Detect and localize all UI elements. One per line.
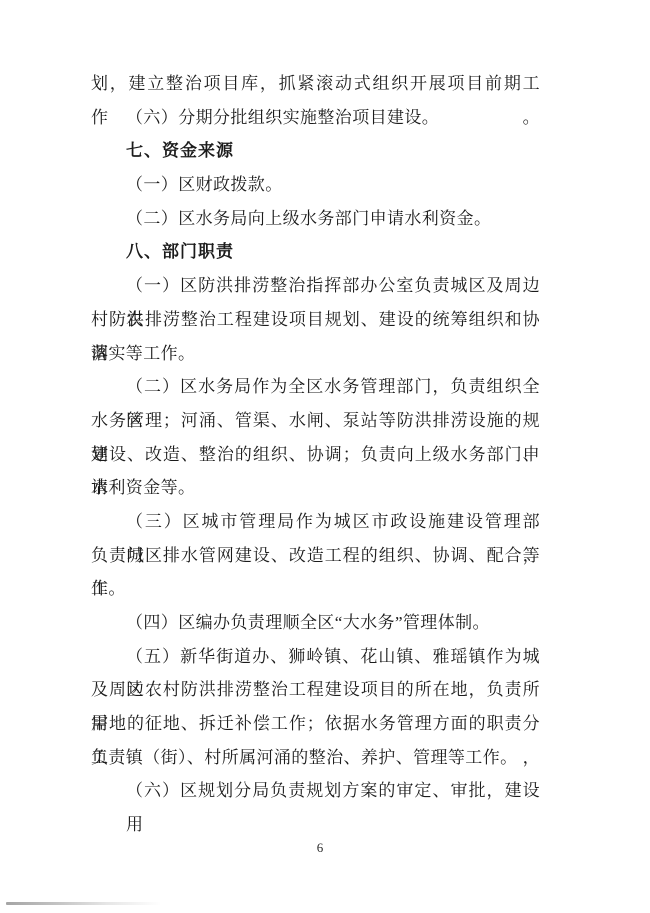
text-line: （五）新华街道办、狮岭镇、花山镇、雅瑶镇作为城区 (91, 640, 540, 674)
text-line: （一）区财政拨款。 (91, 168, 540, 202)
page-number: 6 (0, 840, 640, 856)
text-line: 划，建立整治项目库，抓紧滚动式组织开展项目前期工作。 (91, 67, 540, 101)
text-line: 建设、改造、整治的组织、协调；负责向上级水务部门申请 (91, 438, 540, 472)
scanned-document-page: 划，建立整治项目库，抓紧滚动式组织开展项目前期工作。（六）分期分批组织实施整治项… (0, 0, 650, 913)
text-line: 负责镇（街）、村所属河涌的整治、养护、管理等工作。 (91, 741, 540, 775)
section-heading: 七、资金来源 (91, 134, 540, 168)
text-line: 落实等工作。 (91, 337, 540, 371)
section-heading: 八、部门职责 (91, 235, 540, 269)
text-line: （四）区编办负责理顺全区“大水务”管理体制。 (91, 606, 540, 640)
text-line: 负责城区排水管网建设、改造工程的组织、协调、配合等工 (91, 539, 540, 573)
text-line: （二）区水务局向上级水务部门申请水利资金。 (91, 202, 540, 236)
text-line: 作。 (91, 572, 540, 606)
text-line: 水务管理；河涌、管渠、水闸、泵站等防洪排涝设施的规划、 (91, 404, 540, 438)
text-line: （一）区防洪排涝整治指挥部办公室负责城区及周边农 (91, 269, 540, 303)
text-line: （三）区城市管理局作为城区市政设施建设管理部门， (91, 505, 540, 539)
text-line: 用地的征地、拆迁补偿工作；依据水务管理方面的职责分工， (91, 707, 540, 741)
text-line: （六）区规划分局负责规划方案的审定、审批，建设用 (91, 774, 540, 808)
text-line: 水利资金等。 (91, 471, 540, 505)
text-line: 村防洪排涝整治工程建设项目规划、建设的统筹组织和协调 (91, 303, 540, 337)
document-body: 划，建立整治项目库，抓紧滚动式组织开展项目前期工作。（六）分期分批组织实施整治项… (91, 67, 540, 808)
text-line: （二）区水务局作为全区水务管理部门，负责组织全区 (91, 370, 540, 404)
text-line: 及周边农村防洪排涝整治工程建设项目的所在地，负责所需 (91, 673, 540, 707)
scan-edge-artifact (6, 902, 161, 905)
